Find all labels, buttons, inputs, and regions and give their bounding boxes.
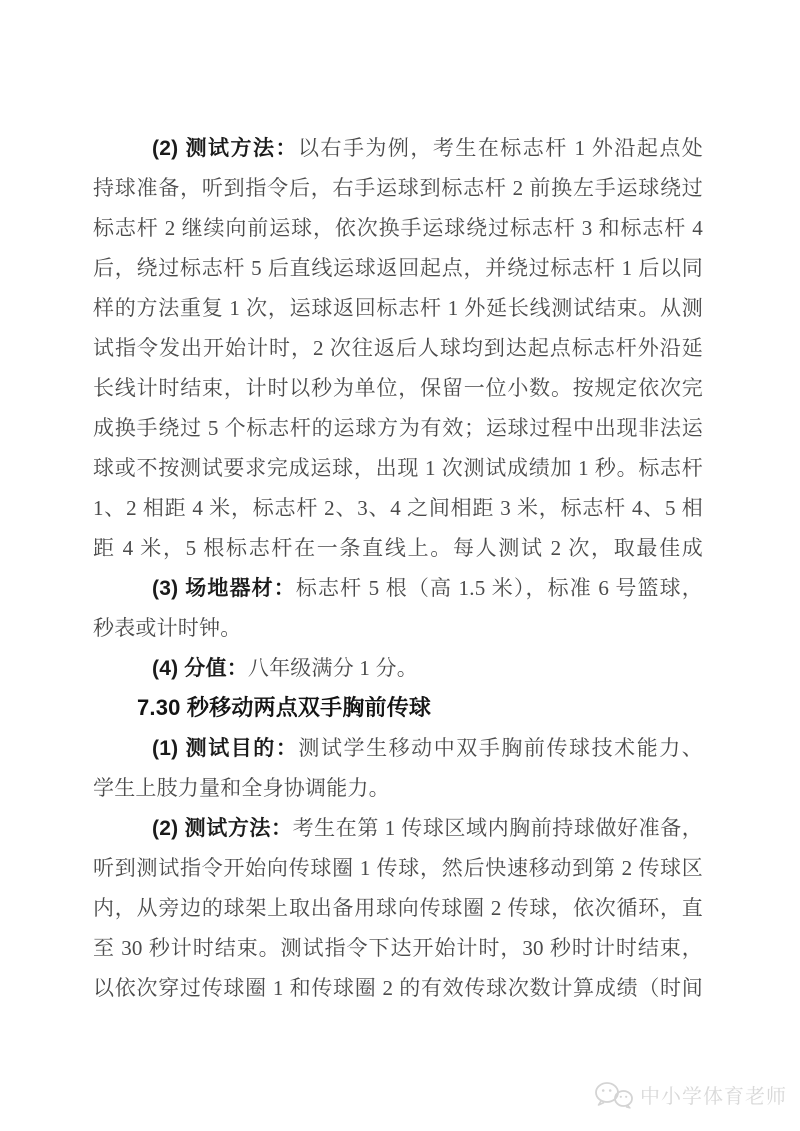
line-text: 考生在第 1 传球区域内胸前持球做好准备， <box>293 816 703 840</box>
text-line: 样的方法重复 1 次，运球返回标志杆 1 外延长线测试结束。从测 <box>93 288 703 328</box>
wechat-icon <box>594 1081 634 1109</box>
text-line: 听到测试指令开始向传球圈 1 传球，然后快速移动到第 2 传球区 <box>93 848 703 888</box>
text-line: 后，绕过标志杆 5 后直线运球返回起点，并绕过标志杆 1 后以同 <box>93 248 703 288</box>
text-line: 试指令发出开始计时，2 次往返后人球均到达起点标志杆外沿延 <box>93 328 703 368</box>
text-line: 标志杆 2 继续向前运球，依次换手运球绕过标志杆 3 和标志杆 4 <box>93 208 703 248</box>
text-line: 1、2 相距 4 米，标志杆 2、3、4 之间相距 3 米，标志杆 4、5 相 <box>93 488 703 528</box>
section-label: (2) 测试方法： <box>152 817 293 840</box>
line-text: 八年级满分 1 分。 <box>248 656 418 680</box>
text-line: 秒表或计时钟。 <box>93 608 703 648</box>
text-line: (2) 测试方法：考生在第 1 传球区域内胸前持球做好准备， <box>93 808 703 848</box>
line-text: 标志杆 5 根（高 1.5 米），标准 6 号篮球， <box>296 576 703 600</box>
text-line: (3) 场地器材：标志杆 5 根（高 1.5 米），标准 6 号篮球， <box>93 568 703 608</box>
text-line: (2) 测试方法：以右手为例，考生在标志杆 1 外沿起点处 <box>93 128 703 168</box>
text-line: (1) 测试目的：测试学生移动中双手胸前传球技术能力、 <box>93 728 703 768</box>
line-text: 测试学生移动中双手胸前传球技术能力、 <box>298 736 703 760</box>
section-label: (4) 分值： <box>152 657 248 680</box>
text-line: 持球准备，听到指令后，右手运球到标志杆 2 前换左手运球绕过 <box>93 168 703 208</box>
document-body: (2) 测试方法：以右手为例，考生在标志杆 1 外沿起点处 持球准备，听到指令后… <box>93 128 703 1008</box>
text-line: 长线计时结束，计时以秒为单位，保留一位小数。按规定依次完 <box>93 368 703 408</box>
text-line: 成换手绕过 5 个标志杆的运球方为有效；运球过程中出现非法运 <box>93 408 703 448</box>
text-line: (4) 分值：八年级满分 1 分。 <box>93 648 703 688</box>
section-label: (1) 测试目的： <box>152 737 298 760</box>
section-label: (3) 场地器材： <box>152 577 296 600</box>
text-line: 内，从旁边的球架上取出备用球向传球圈 2 传球，依次循环，直 <box>93 888 703 928</box>
document-page: (2) 测试方法：以右手为例，考生在标志杆 1 外沿起点处 持球准备，听到指令后… <box>0 0 800 1131</box>
text-line: 球或不按测试要求完成运球，出现 1 次测试成绩加 1 秒。标志杆 <box>93 448 703 488</box>
watermark-text: 中小学体育老师 <box>640 1080 787 1109</box>
section-label: (2) 测试方法： <box>152 137 298 160</box>
section-heading: 7.30 秒移动两点双手胸前传球 <box>93 688 703 728</box>
page-watermark: 中小学体育老师 <box>594 1080 787 1109</box>
text-line: 以依次穿过传球圈 1 和传球圈 2 的有效传球次数计算成绩（时间 <box>93 968 703 1008</box>
text-line: 学生上肢力量和全身协调能力。 <box>93 768 703 808</box>
line-text: 以右手为例，考生在标志杆 1 外沿起点处 <box>298 136 703 160</box>
text-line: 至 30 秒计时结束。测试指令下达开始计时，30 秒时计时结束， <box>93 928 703 968</box>
text-line: 距 4 米，5 根标志杆在一条直线上。每人测试 2 次，取最佳成绩。 <box>93 528 703 568</box>
